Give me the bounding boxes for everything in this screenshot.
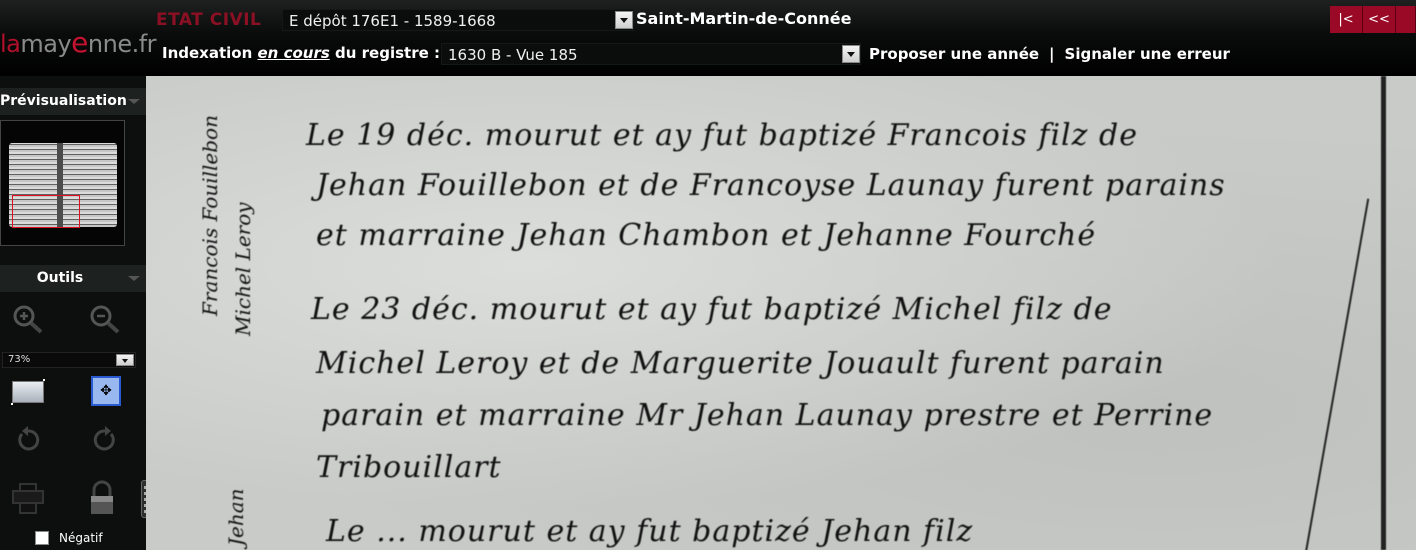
margin-note: Francois Fouillebon bbox=[198, 115, 222, 316]
view-select[interactable]: 1630 B - Vue 185 bbox=[441, 43, 861, 65]
print-icon[interactable] bbox=[10, 480, 46, 516]
view-select-value: 1630 B - Vue 185 bbox=[448, 46, 578, 64]
tools-title: Outils bbox=[37, 270, 84, 286]
zoom-out-icon[interactable] bbox=[87, 302, 123, 338]
lock-icon[interactable] bbox=[84, 480, 120, 516]
page-fold-line bbox=[1381, 76, 1386, 550]
zoom-level-value: 73% bbox=[8, 354, 30, 365]
previous-fast-button[interactable]: << bbox=[1363, 6, 1396, 33]
first-view-button[interactable]: |< bbox=[1330, 6, 1363, 33]
margin-note: Michel Leroy bbox=[231, 202, 255, 336]
rotate-right-icon[interactable] bbox=[87, 422, 123, 458]
record-line: Le 19 déc. mourut et ay fut baptizé Fran… bbox=[306, 118, 1138, 153]
indexation-label: Indexation en cours du registre : bbox=[162, 44, 440, 62]
record-line: Jehan Fouillebon et de Francoyse Launay … bbox=[316, 168, 1226, 203]
indexation-status: en cours bbox=[258, 44, 330, 62]
sidebar: Prévisualisation Outils 73% ✥ Négatif bbox=[0, 76, 146, 550]
fit-page-icon[interactable] bbox=[12, 381, 44, 403]
register-select-value: E dépôt 176E1 - 1589-1668 bbox=[289, 12, 496, 30]
collapse-icon[interactable] bbox=[128, 99, 140, 104]
negative-label: Négatif bbox=[59, 531, 103, 545]
preview-title: Prévisualisation bbox=[0, 93, 127, 109]
top-header: lamayenne.fr ETAT CIVIL E dépôt 176E1 - … bbox=[0, 0, 1416, 76]
viewport-frame[interactable] bbox=[12, 195, 80, 228]
collapse-icon[interactable] bbox=[128, 276, 140, 281]
chevron-down-icon[interactable] bbox=[615, 11, 633, 29]
record-line: Michel Leroy et de Marguerite Jouault fu… bbox=[316, 346, 1165, 381]
propose-year-link[interactable]: Proposer une année bbox=[869, 45, 1039, 63]
previous-button[interactable] bbox=[1396, 6, 1416, 33]
link-separator: | bbox=[1049, 45, 1054, 63]
register-select[interactable]: E dépôt 176E1 - 1589-1668 bbox=[282, 9, 634, 31]
preview-panel-header[interactable]: Prévisualisation bbox=[0, 88, 146, 115]
report-error-link[interactable]: Signaler une erreur bbox=[1065, 45, 1230, 63]
commune-name: Saint-Martin-de-Connée bbox=[636, 9, 851, 28]
negative-toggle[interactable]: Négatif bbox=[35, 531, 103, 545]
margin-note: Jehan bbox=[224, 488, 248, 546]
chevron-down-icon[interactable] bbox=[116, 354, 134, 366]
tools-panel-header[interactable]: Outils bbox=[0, 265, 146, 292]
record-line: Tribouillart bbox=[316, 450, 502, 485]
site-logo[interactable]: lamayenne.fr bbox=[0, 26, 156, 59]
page-fold-line bbox=[1305, 199, 1369, 550]
zoom-level-select[interactable]: 73% bbox=[2, 352, 136, 368]
zoom-in-icon[interactable] bbox=[10, 302, 46, 338]
document-image-viewer[interactable]: Francois Fouillebon Michel Leroy Jehan L… bbox=[146, 76, 1416, 550]
view-navigation: |< << bbox=[1330, 6, 1416, 33]
negative-checkbox[interactable] bbox=[35, 531, 49, 545]
header-links: Proposer une année|Signaler une erreur bbox=[869, 45, 1230, 63]
record-line: parain et marraine Mr Jehan Launay prest… bbox=[321, 398, 1213, 433]
record-line: Le 23 déc. mourut et ay fut baptizé Mich… bbox=[311, 292, 1113, 327]
rotate-left-icon[interactable] bbox=[10, 422, 46, 458]
record-line: Le ... mourut et ay fut baptizé Jehan fi… bbox=[326, 514, 973, 549]
record-line: et marraine Jehan Chambon et Jehanne Fou… bbox=[316, 218, 1096, 253]
chevron-down-icon[interactable] bbox=[842, 45, 860, 63]
section-title: ETAT CIVIL bbox=[156, 10, 261, 30]
preview-thumbnail[interactable] bbox=[0, 120, 125, 246]
pan-move-icon[interactable]: ✥ bbox=[91, 376, 121, 406]
